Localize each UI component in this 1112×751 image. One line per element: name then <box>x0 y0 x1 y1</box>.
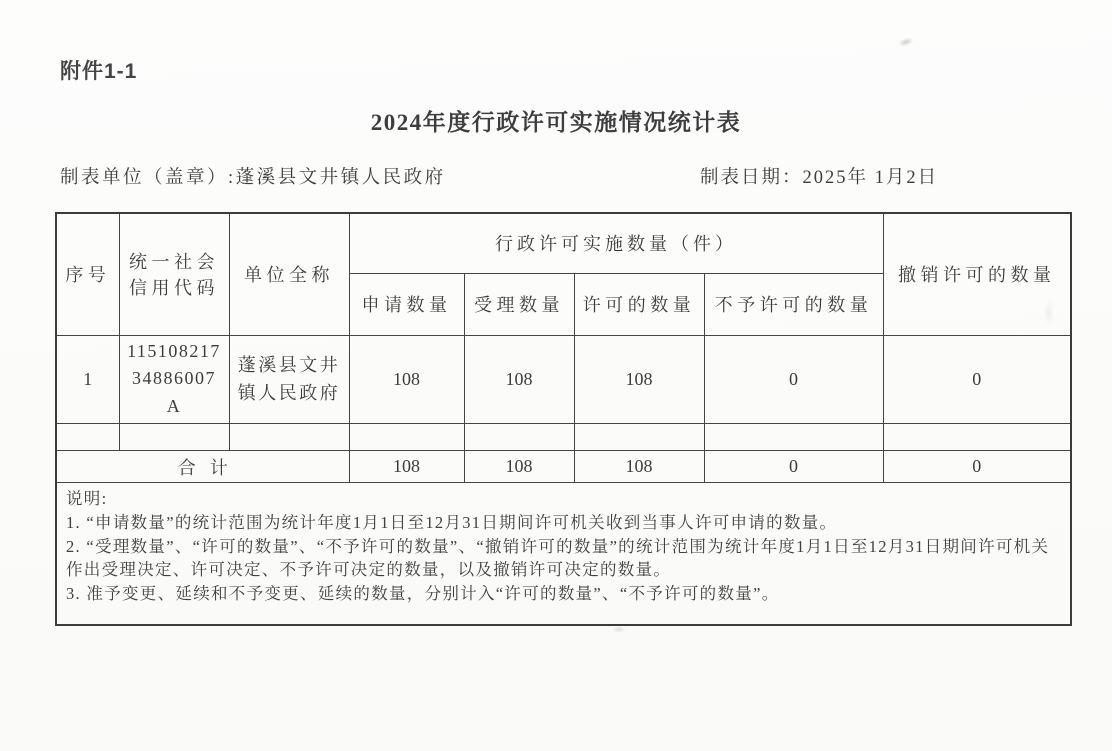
cell-applications: 108 <box>349 335 464 424</box>
empty-cell <box>464 424 574 451</box>
header-license-count-group: 行政许可实施数量（件） <box>349 213 883 273</box>
header-revoked-count: 撤销许可的数量 <box>883 213 1071 335</box>
empty-cell <box>574 424 704 451</box>
notes-label: 说明: <box>66 487 1061 511</box>
note-item-3: 3. 准予变更、延续和不予变更、延续的数量，分别计入“许可的数量”、“不予许可的… <box>66 582 1061 606</box>
table-row: 1 11510821734886007A 蓬溪县文井镇人民政府 108 108 … <box>56 335 1071 424</box>
total-accepted: 108 <box>464 451 574 483</box>
cell-revoked: 0 <box>883 335 1071 424</box>
header-acceptance-count: 受理数量 <box>464 273 574 335</box>
header-denied-count: 不予许可的数量 <box>704 273 883 335</box>
document-title: 2024年度行政许可实施情况统计表 <box>0 104 1112 137</box>
empty-cell <box>349 424 464 451</box>
cell-denied: 0 <box>704 335 883 424</box>
notes-box: 说明: 1. “申请数量”的统计范围为统计年度1月1日至12月31日期间许可机关… <box>56 483 1071 625</box>
total-denied: 0 <box>704 451 883 483</box>
scan-smudge-artifact <box>897 36 915 49</box>
total-applications: 108 <box>349 451 464 483</box>
notes-row: 说明: 1. “申请数量”的统计范围为统计年度1月1日至12月31日期间许可机关… <box>56 483 1071 625</box>
note-item-1: 1. “申请数量”的统计范围为统计年度1月1日至12月31日期间许可机关收到当事… <box>66 511 1061 535</box>
note-item-2: 2. “受理数量”、“许可的数量”、“不予许可的数量”、“撤销许可的数量”的统计… <box>66 535 1061 583</box>
empty-cell <box>704 424 883 451</box>
header-application-count: 申请数量 <box>349 273 464 335</box>
header-serial-number: 序号 <box>56 213 119 335</box>
header-unit-name: 单位全称 <box>229 213 349 335</box>
cell-credit-code: 11510821734886007A <box>119 335 229 424</box>
empty-cell <box>229 424 349 451</box>
scanned-document-page: 附件1-1 2024年度行政许可实施情况统计表 制表单位（盖章）:蓬溪县文井镇人… <box>0 0 1112 751</box>
empty-cell <box>56 424 119 451</box>
cell-granted: 108 <box>574 335 704 424</box>
total-granted: 108 <box>574 451 704 483</box>
cell-serial: 1 <box>56 335 119 424</box>
prepared-by-label: 制表单位（盖章）:蓬溪县文井镇人民政府 <box>60 163 446 189</box>
cell-unit-name: 蓬溪县文井镇人民政府 <box>229 335 349 424</box>
total-revoked: 0 <box>883 451 1071 483</box>
header-credit-code: 统一社会信用代码 <box>119 213 229 335</box>
cell-accepted: 108 <box>464 335 574 424</box>
attachment-label: 附件1-1 <box>60 55 137 85</box>
empty-cell <box>883 424 1071 451</box>
prepared-date-label: 制表日期：2025年 1月2日 <box>700 163 938 189</box>
scan-smudge-artifact <box>612 626 626 633</box>
empty-row <box>56 424 1071 451</box>
header-granted-count: 许可的数量 <box>574 273 704 335</box>
total-label: 合计 <box>56 451 349 483</box>
total-row: 合计 108 108 108 0 0 <box>56 451 1071 483</box>
statistics-table: 序号 统一社会信用代码 单位全称 行政许可实施数量（件） 撤销许可的数量 申请数… <box>55 212 1072 626</box>
empty-cell <box>119 424 229 451</box>
